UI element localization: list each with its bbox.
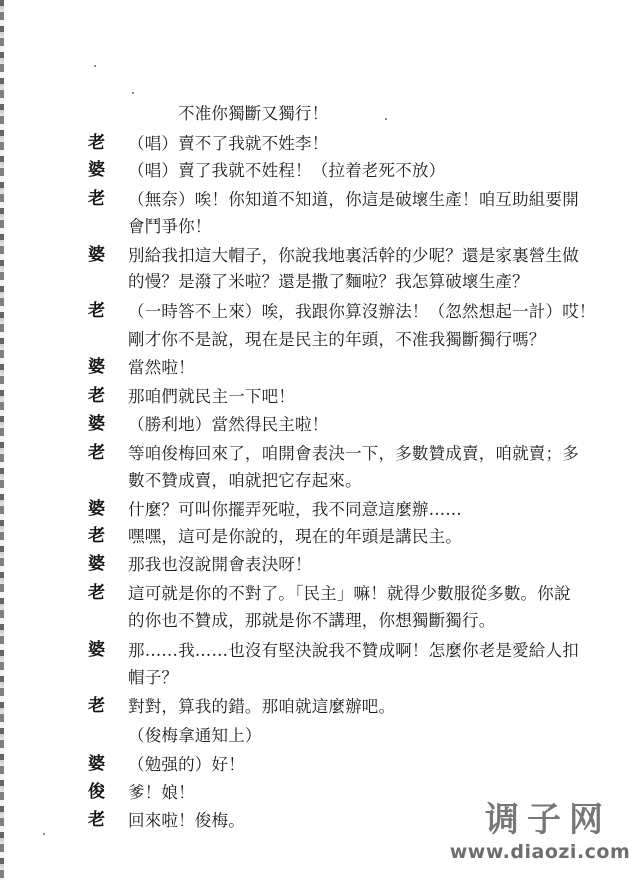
speaker-label: 老 [88, 693, 110, 720]
scanned-page: 不准你獨斷又獨行！ 老（唱）賣不了我就不姓李！ 婆（唱）賣了我就不姓程！（拉着老… [0, 0, 640, 880]
dialogue-line: 婆（唱）賣了我就不姓程！（拉着老死不放） [0, 157, 640, 184]
dialogue-line: （俊梅拿通知上） [0, 722, 640, 749]
dialogue-text: （一時答不上來）唉，我跟你算沒辦法！（忽然想起一計）哎！ [128, 298, 596, 325]
dialogue-text: 數不贊成賣，咱就把它存起來。 [128, 467, 362, 494]
dialogue-text: 當然啦！ [128, 354, 195, 381]
dialogue-text: 那咱們就民主一下吧！ [128, 383, 295, 410]
dialogue-line: 老（無奈）唉！你知道不知道，你這是破壞生產！咱互助組要開 [0, 186, 640, 213]
scan-speck [132, 92, 134, 94]
scan-speck [43, 833, 45, 835]
dialogue-text: 回來啦！俊梅。 [128, 807, 245, 834]
speaker-label: 老 [88, 440, 110, 467]
speaker-label: 老 [88, 298, 110, 325]
dialogue-text: 等咱俊梅回來了，咱開會表決一下，多數贊成賣，咱就賣；多 [128, 440, 579, 467]
dialogue-line: 老嘿嘿，這可是你說的，現在的年頭是講民主。 [0, 523, 640, 550]
dialogue-line: 剛才你不是說，現在是民主的年頭，不准我獨斷獨行嗎？ [0, 326, 640, 353]
speaker-label: 婆 [88, 496, 110, 523]
dialogue-line: 老那咱們就民主一下吧！ [0, 383, 640, 410]
dialogue-text: （唱）賣了我就不姓程！（拉着老死不放） [128, 157, 445, 184]
speaker-label: 老 [88, 130, 110, 157]
dialogue-text: 嘿嘿，這可是你說的，現在的年頭是講民主。 [128, 523, 462, 550]
dialogue-line: 婆（勝利地）當然得民主啦！ [0, 411, 640, 438]
site-watermark: 调子网 www.diaozi.com [440, 800, 640, 864]
dialogue-text: 爹！娘！ [128, 779, 195, 806]
dialogue-line: 帽子？ [0, 664, 640, 691]
dialogue-text: （勉强的）好！ [128, 751, 245, 778]
dialogue-text: 帽子？ [128, 664, 178, 691]
speaker-label: 婆 [88, 242, 110, 269]
speaker-label: 老 [88, 383, 110, 410]
dialogue-line: 婆別給我扣這大帽子，你說我地裏活幹的少呢？還是家裏營生做 [0, 242, 640, 269]
dialogue-text: 那……我……也沒有堅決說我不贊成啊！怎麼你老是愛給人扣 [128, 637, 579, 664]
dialogue-text: 這可就是你的不對了。「民主」嘛！就得少數服從多數。你說 [128, 580, 571, 607]
dialogue-line: 的慢？是潑了米啦？還是撒了麵啦？我怎算破壞生產？ [0, 268, 640, 295]
dialogue-text: 什麼？可叫你擺弄死啦，我不同意這麼辦…… [128, 496, 462, 523]
dialogue-line: 老等咱俊梅回來了，咱開會表決一下，多數贊成賣，咱就賣；多 [0, 440, 640, 467]
speaker-label: 婆 [88, 551, 110, 578]
dialogue-line: 老這可就是你的不對了。「民主」嘛！就得少數服從多數。你說 [0, 580, 640, 607]
stage-direction: （俊梅拿通知上） [128, 722, 262, 749]
dialogue-text: 的你也不贊成，那就是你不講理，你想獨斷獨行。 [128, 607, 495, 634]
dialogue-line: 婆那……我……也沒有堅決說我不贊成啊！怎麼你老是愛給人扣 [0, 637, 640, 664]
watermark-title: 调子网 [456, 800, 640, 840]
speaker-label: 婆 [88, 157, 110, 184]
dialogue-line: 老（唱）賣不了我就不姓李！ [0, 130, 640, 157]
dialogue-line: 婆什麼？可叫你擺弄死啦，我不同意這麼辦…… [0, 496, 640, 523]
scan-speck [385, 118, 387, 120]
watermark-url: www.diaozi.com [440, 840, 640, 864]
dialogue-text: 不准你獨斷又獨行！ [178, 100, 328, 127]
dialogue-line: 老（一時答不上來）唉，我跟你算沒辦法！（忽然想起一計）哎！ [0, 298, 640, 325]
speaker-label: 老 [88, 807, 110, 834]
speaker-label: 老 [88, 523, 110, 550]
dialogue-text: （無奈）唉！你知道不知道，你這是破壞生產！咱互助組要開 [128, 186, 579, 213]
dialogue-line: 老對對，算我的錯。那咱就這麼辦吧。 [0, 693, 640, 720]
speaker-label: 婆 [88, 637, 110, 664]
dialogue-text: 會鬥爭你！ [128, 213, 212, 240]
dialogue-text: 的慢？是潑了米啦？還是撒了麵啦？我怎算破壞生產？ [128, 268, 529, 295]
speaker-label: 婆 [88, 751, 110, 778]
dialogue-text: 那我也沒說開會表決呀！ [128, 551, 312, 578]
speaker-label: 婆 [88, 354, 110, 381]
dialogue-text: 對對，算我的錯。那咱就這麼辦吧。 [128, 693, 395, 720]
dialogue-line: 婆當然啦！ [0, 354, 640, 381]
dialogue-line: 婆那我也沒說開會表決呀！ [0, 551, 640, 578]
speaker-label: 老 [88, 580, 110, 607]
dialogue-text: 別給我扣這大帽子，你說我地裏活幹的少呢？還是家裏營生做 [128, 242, 579, 269]
dialogue-text: 剛才你不是說，現在是民主的年頭，不准我獨斷獨行嗎？ [128, 326, 546, 353]
speaker-label: 婆 [88, 411, 110, 438]
dialogue-line: 不准你獨斷又獨行！ [0, 100, 640, 127]
dialogue-line: 的你也不贊成，那就是你不講理，你想獨斷獨行。 [0, 607, 640, 634]
speaker-label: 老 [88, 186, 110, 213]
dialogue-line: 婆（勉强的）好！ [0, 751, 640, 778]
dialogue-text: （勝利地）當然得民主啦！ [128, 411, 328, 438]
dialogue-line: 會鬥爭你！ [0, 213, 640, 240]
dialogue-text: （唱）賣不了我就不姓李！ [128, 130, 328, 157]
speaker-label: 俊 [88, 779, 110, 806]
scan-speck [94, 65, 96, 67]
dialogue-line: 數不贊成賣，咱就把它存起來。 [0, 467, 640, 494]
